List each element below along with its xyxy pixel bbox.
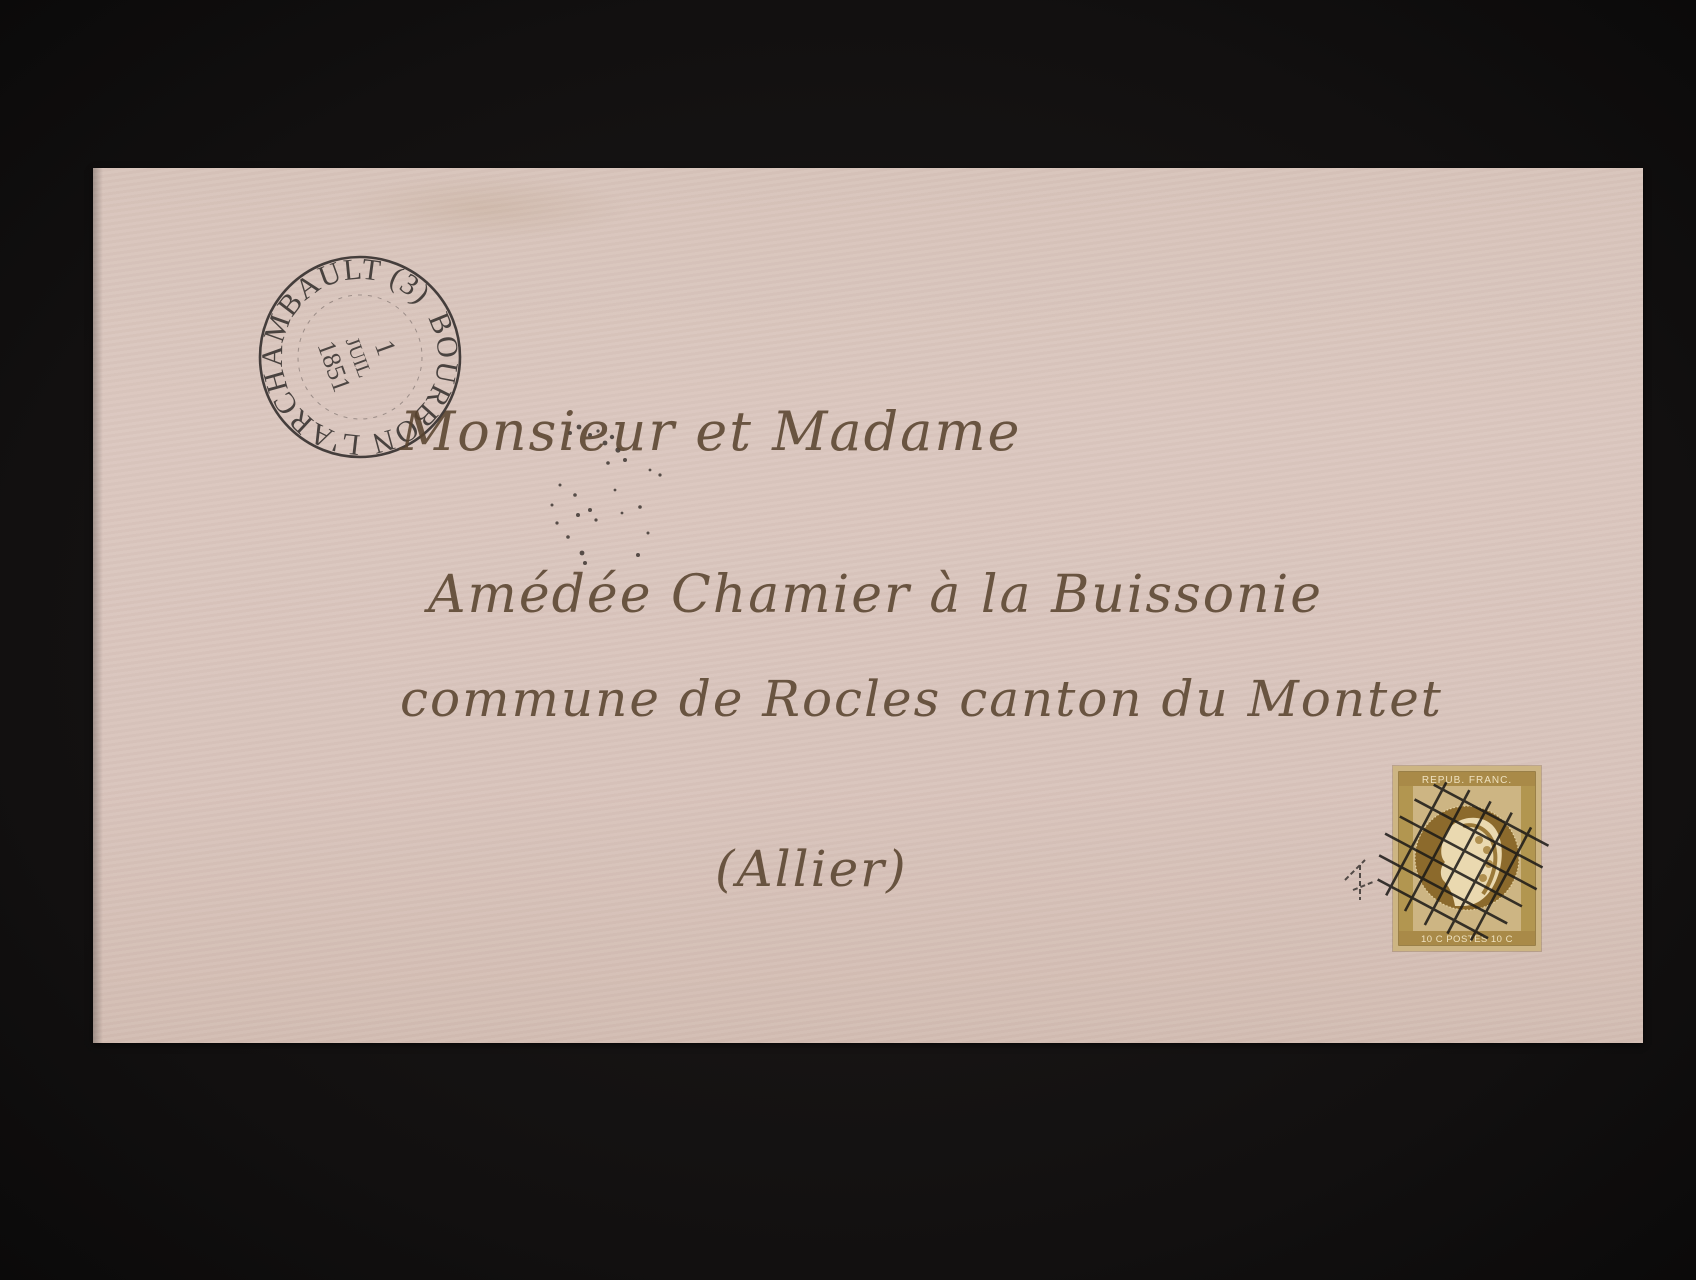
postmark-day: 1 — [368, 336, 402, 360]
address-line-3: commune de Rocles canton du Montet — [400, 670, 1443, 728]
address-line-2: Amédée Chamier à la Buissonie — [428, 565, 1323, 625]
address-line-4: (Allier) — [715, 840, 908, 898]
envelope-cover: BOURBON L'ARCHAMBAULT (3) 1 JUIL 1851 — [93, 168, 1643, 1043]
grid-cancellation — [1325, 770, 1555, 970]
address-line-1: Monsieur et Madame — [400, 400, 1022, 463]
paper-stain — [333, 173, 633, 243]
